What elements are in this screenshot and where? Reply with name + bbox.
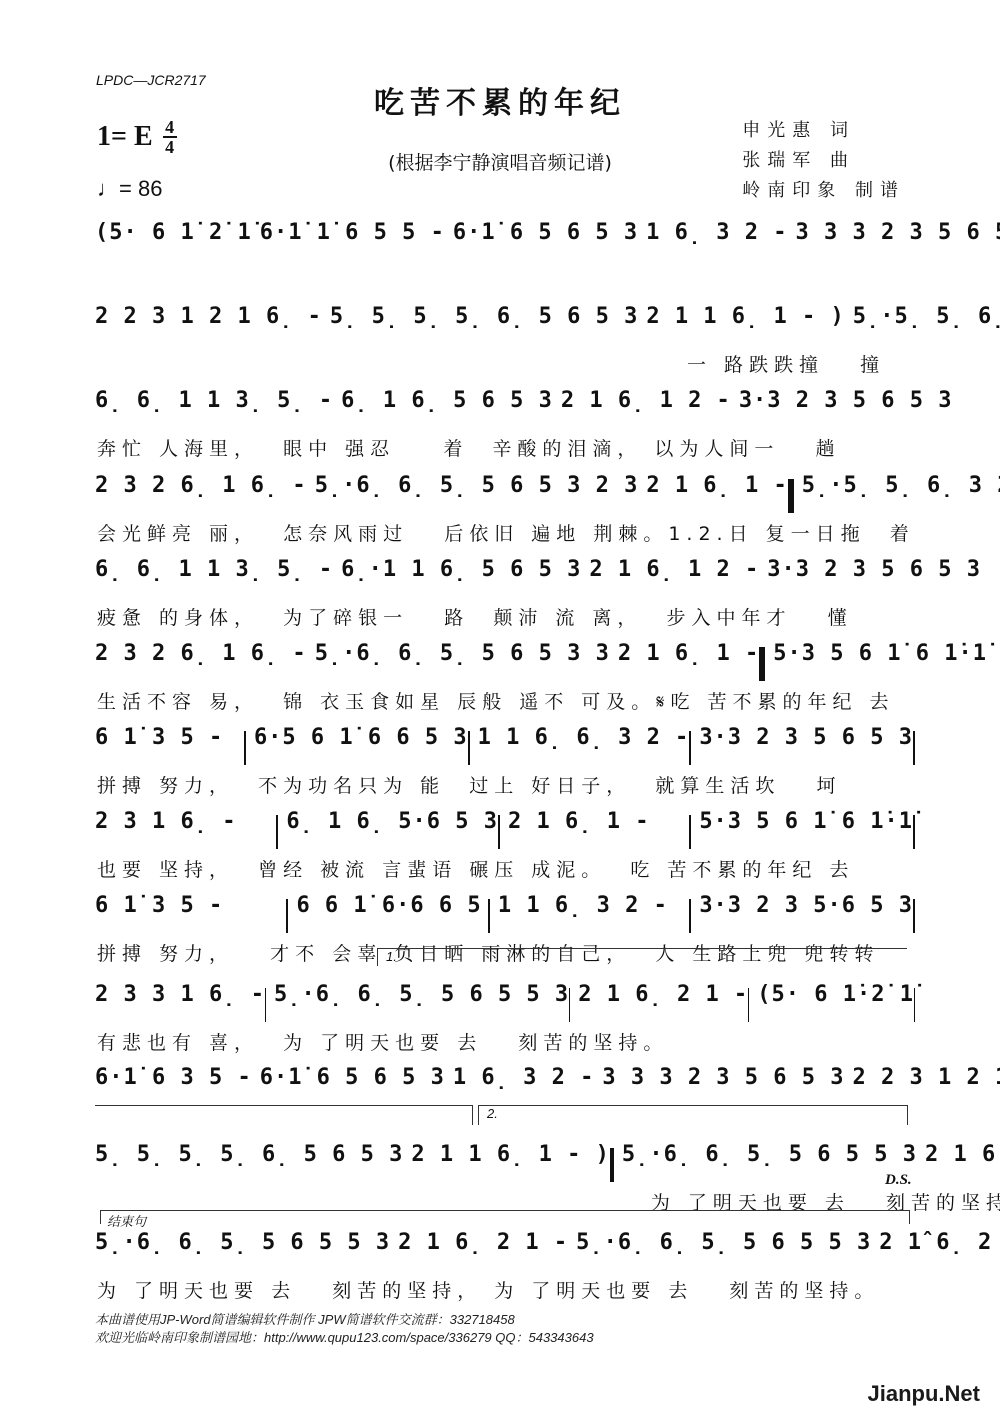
notes-row: 2 3 2 6̣ 1 6̣ -5̣·6̣ 6̣ 5̣ 5 6 5 3 2 32 … — [95, 463, 915, 519]
measure: 2 1 6̣ 1 2 - — [581, 557, 759, 582]
measure: 5̣·5̣ 5̣ 6̣ 3 2 1 — [845, 304, 1000, 329]
measure: 2 1 6̣ 1 2 - — [553, 388, 731, 413]
measure: 6·1̇ 6 5 6 5 3 — [445, 220, 638, 245]
volta-1-end — [95, 1105, 473, 1125]
lyrics-row: 一 路跌跌撞 撞 — [95, 350, 915, 380]
measure: 6·1̇ 6 5 6 5 3 — [252, 1065, 445, 1090]
score-line: 2 3 2 6̣ 1 6̣ -5̣·6̣ 6̣ 5̣ 5 6 5 3 32 1 … — [95, 631, 915, 715]
lyrics-row: 为 了明天也要 去 刻苦的坚持， 为 了明天也要 去 刻苦的坚持。 — [95, 1276, 915, 1306]
measure: 2 3 1 6̣ - — [95, 809, 276, 834]
score-line: 2 2 3 1 2 1 6̣ -5̣ 5̣ 5̣ 5̣ 6̣ 5 6 5 32 … — [95, 294, 915, 378]
notes-row: 5̣ 5̣ 5̣ 5̣ 6̣ 5 6 5 32 1 1 6̣ 1 - )5̣·6… — [95, 1132, 915, 1188]
measure: 6̣ 6̣ 1 1 3̣ 5̣ - — [95, 557, 333, 582]
measure: 1 6̣ 3 2 - — [638, 220, 787, 245]
notes-row: 5̣·6̣ 6̣ 5̣ 5 6 5 5 32 1 6̣ 2 1 -5̣·6̣ 6… — [95, 1220, 915, 1276]
measure: 3 3 3 2 3 5 6 5 3 — [788, 220, 1000, 245]
score-line: 6 1̇ 3 5 -6·5 6 1̇ 6 6 5 31 1 6̣ 6̣ 3 2 … — [95, 715, 915, 799]
notes-row: 6̣ 6̣ 1 1 3̣ 5̣ -6̣ 1 6̣ 5 6 5 32 1 6̣ 1… — [95, 378, 915, 434]
measure: 5̣·6̣ 6̣ 5̣ 5 6 5 5 3 — [614, 1142, 917, 1167]
measure: 6·1̇ 1̇ 6 5 5 - — [252, 220, 445, 245]
measure: 1 6̣ 3 2 - — [445, 1065, 594, 1090]
score-line: 6̣ 6̣ 1 1 3̣ 5̣ -6̣·1 1 6̣ 5 6 5 32 1 6̣… — [95, 547, 915, 631]
measure: 2 3 2 6̣ 1 6̣ - — [95, 641, 307, 666]
lyrics-row: 有悲也有 喜， 为 了明天也要 去 刻苦的坚持。 — [95, 1028, 915, 1058]
measure: 2 1̂ 6̣ 2 1 - — [871, 1230, 1000, 1255]
footer-line-2: 欢迎光临岭南印象制谱园地：http://www.qupu123.com/spac… — [95, 1329, 594, 1347]
lyricist: 申光惠 词 — [742, 116, 905, 146]
measure: 6 6 1̇ 6·6 6 5 — [288, 893, 487, 918]
notes-row: 6̣ 6̣ 1 1 3̣ 5̣ -6̣·1 1 6̣ 5 6 5 32 1 6̣… — [95, 547, 915, 603]
measure: 3·3 2 3 5 6 5 3 — [691, 725, 913, 750]
footer-line-1: 本曲谱使用JP-Word简谱编辑软件制作 JPW简谱软件交流群：33271845… — [95, 1311, 594, 1329]
score-line: (5· 6 1̇ 2̇ 1̇6·1̇ 1̇ 6 5 5 -6·1̇ 6 5 6 … — [95, 210, 915, 294]
measure: 2 3 2 6̣ 1 6̣ - — [95, 473, 307, 498]
barline — [913, 899, 915, 933]
score-line: 6̣ 6̣ 1 1 3̣ 5̣ -6̣ 1 6̣ 5 6 5 32 1 6̣ 1… — [95, 378, 915, 462]
credits: 申光惠 词 张瑞军 曲 岭南印象 制谱 — [742, 116, 905, 206]
measure: 6̣ 1 6̣ 5·6 5 3 — [278, 809, 498, 834]
lyrics-row: 生活不容 易， 锦 衣玉食如星 辰般 遥不 可及。𝄋吃 苦不累的年纪 去 — [95, 687, 915, 717]
measure: 2 1 6̣ 1 - — [638, 473, 787, 498]
barline — [913, 731, 915, 765]
measure: 6 1̇ 3 5 - — [95, 893, 286, 918]
measure: 5·3 5 6 1̇ 6 1̇·1̇ — [765, 641, 987, 666]
notes-row: (5· 6 1̇ 2̇ 1̇6·1̇ 1̇ 6 5 5 -6·1̇ 6 5 6 … — [95, 210, 915, 266]
footer: 本曲谱使用JP-Word简谱编辑软件制作 JPW简谱软件交流群：33271845… — [95, 1311, 594, 1347]
barline — [913, 815, 915, 849]
measure: 6̣ 1 6̣ 5 6 5 3 — [333, 388, 553, 413]
measure: 3 3 3 2 3 5 6 5 3 — [594, 1065, 844, 1090]
measure: 2 1 6̣ 2 1 - — [570, 982, 748, 1007]
measure: 3·3 2 3 5·6 5 3 — [691, 893, 913, 918]
measure: 2 1 6̣ 2 1 - — [917, 1142, 1000, 1167]
time-bottom: 4 — [165, 138, 174, 156]
lyrics-row — [95, 266, 915, 296]
measure: (5· 6 1̇ 2̇ 1̇ — [95, 220, 252, 245]
measure: 5̣·6̣ 6̣ 5̣ 5 6 5 5 3 — [266, 982, 569, 1007]
volta-1-label: 1. — [386, 949, 397, 964]
key-label: 1= E — [97, 121, 153, 153]
watermark: Jianpu.Net — [868, 1381, 980, 1407]
notes-row: 6 1̇ 3 5 -6 6 1̇ 6·6 6 51 1 6̣ 3 2 -3·3 … — [95, 883, 915, 939]
measure: 1 1 6̣ 6̣ 3 2 - — [470, 725, 690, 750]
measure: 1 1 6̣ 3 2 - — [490, 893, 689, 918]
score-line: 5̣ 5̣ 5̣ 5̣ 6̣ 5 6 5 32 1 1 6̣ 1 - )5̣·6… — [95, 1132, 915, 1216]
barline — [914, 988, 915, 1022]
lyrics-row: 会光鲜亮 丽， 怎奈风雨过 后依旧 遍地 荆棘。1.2.日 复一日拖 着 — [95, 519, 915, 549]
lyrics-row: 疲惫 的身体， 为了碎银一 路 颠沛 流 离， 步入中年才 懂 — [95, 603, 915, 633]
measure: 5̣ 5̣ 5̣ 5̣ 6̣ 5 6 5 3 — [95, 1142, 403, 1167]
score-line: 5̣·6̣ 6̣ 5̣ 5 6 5 5 32 1 6̣ 2 1 -5̣·6̣ 6… — [95, 1220, 915, 1304]
notes-row: 2 3 3 1 6̣ -5̣·6̣ 6̣ 5̣ 5 6 5 5 32 1 6̣ … — [95, 972, 915, 1028]
ds-marking: D.S. — [885, 1172, 912, 1189]
measure: 5̣·6̣ 6̣ 5̣ 5 6 5 5 3 — [568, 1230, 871, 1255]
lyrics-row: 奔忙 人海里， 眼中 强忍 着 辛酸的泪滴， 以为人间一 趟 — [95, 434, 915, 464]
lyrics-row: 拼搏 努力， 不为功名只为 能 过上 好日子， 就算生活坎 坷 — [95, 771, 915, 801]
lyrics-row: 也要 坚持， 曾经 被流 言蜚语 碾压 成泥。 吃 苦不累的年纪 去 — [95, 855, 915, 885]
notes-row: 2 3 1 6̣ -6̣ 1 6̣ 5·6 5 32 1 6̣ 1 -5·3 5… — [95, 799, 915, 855]
measure: 2 1 6̣ 1 - — [610, 641, 759, 666]
measure: 5̣·6̣ 6̣ 5̣ 5 6 5 5 3 — [95, 1230, 390, 1255]
measure: 6̣·1 1 6̣ 5 6 5 3 — [333, 557, 581, 582]
measure: 2 2 3 1 2 1 6̣ - — [845, 1065, 1000, 1090]
measure: 6 1̇ 3 5 - — [95, 725, 244, 750]
measure: 6̣ 6̣ 1 1 3̣ 5̣ - — [95, 388, 333, 413]
measure: 5̣ 5̣ 5̣ 5̣ 6̣ 5 6 5 3 — [322, 304, 638, 329]
notes-row: 6 1̇ 3 5 -6·5 6 1̇ 6 6 5 31 1 6̣ 6̣ 3 2 … — [95, 715, 915, 771]
arranger: 岭南印象 制谱 — [742, 176, 905, 206]
tempo-marking: ♩= 86 — [97, 176, 162, 202]
measure: 6·5 6 1̇ 6 6 5 3 — [246, 725, 468, 750]
coda-label: 结束句 — [107, 1214, 146, 1229]
measure: 5·3 5 6 1̇ 6 1̇·1̇ — [691, 809, 913, 834]
composer: 张瑞军 曲 — [742, 146, 905, 176]
measure: 3·3 2 3 5 6 5 3 — [759, 557, 981, 582]
measure: 2 2 3 1 2 1 6̣ - — [95, 304, 322, 329]
measure: 3·3 2 3 5 6 5 3 — [731, 388, 953, 413]
measure: 5̣·5̣ 5̣ 6̣ 3 2 1 — [794, 473, 1000, 498]
score-line: 2 3 1 6̣ -6̣ 1 6̣ 5·6 5 32 1 6̣ 1 -5·3 5… — [95, 799, 915, 883]
tempo-value: = 86 — [119, 176, 162, 201]
volta-2-label: 2. — [487, 1106, 498, 1121]
measure: 2 1 6̣ 2 1 - — [390, 1230, 568, 1255]
score-line: 2 3 3 1 6̣ -5̣·6̣ 6̣ 5̣ 5 6 5 5 32 1 6̣ … — [95, 972, 915, 1056]
measure: 5̣·6̣ 6̣ 5̣ 5 6 5 3 2 3 — [307, 473, 639, 498]
measure: 6·1̇ 6 3 5 - — [95, 1065, 252, 1090]
measure: 2 1 1 6̣ 1 - ) — [403, 1142, 609, 1167]
notes-row: 2 3 2 6̣ 1 6̣ -5̣·6̣ 6̣ 5̣ 5 6 5 3 32 1 … — [95, 631, 915, 687]
measure: 2 1 6̣ 1 - — [500, 809, 689, 834]
coda-bracket: 结束句 — [100, 1210, 910, 1224]
quarter-note-icon: ♩ — [97, 176, 119, 201]
measure: (5· 6 1̇·2̇ 1̇ — [749, 982, 914, 1007]
notes-row: 6·1̇ 6 3 5 -6·1̇ 6 5 6 5 31 6̣ 3 2 -3 3 … — [95, 1055, 915, 1111]
time-signature: 4 4 — [163, 118, 177, 156]
score-line: 2 3 2 6̣ 1 6̣ -5̣·6̣ 6̣ 5̣ 5 6 5 3 2 32 … — [95, 463, 915, 547]
time-top: 4 — [165, 118, 174, 136]
score-line: 6·1̇ 6 3 5 -6·1̇ 6 5 6 5 31 6̣ 3 2 -3 3 … — [95, 1055, 915, 1139]
measure: 2 1 1 6̣ 1 - ) — [638, 304, 844, 329]
volta-1: 1. — [377, 948, 907, 966]
measure: 2 3 3 1 6̣ - — [95, 982, 265, 1007]
key-signature: 1= E 4 4 — [97, 118, 177, 156]
measure: 5̣·6̣ 6̣ 5̣ 5 6 5 3 3 — [307, 641, 610, 666]
volta-2: 2. — [478, 1105, 908, 1125]
notes-row: 2 2 3 1 2 1 6̣ -5̣ 5̣ 5̣ 5̣ 6̣ 5 6 5 32 … — [95, 294, 915, 350]
